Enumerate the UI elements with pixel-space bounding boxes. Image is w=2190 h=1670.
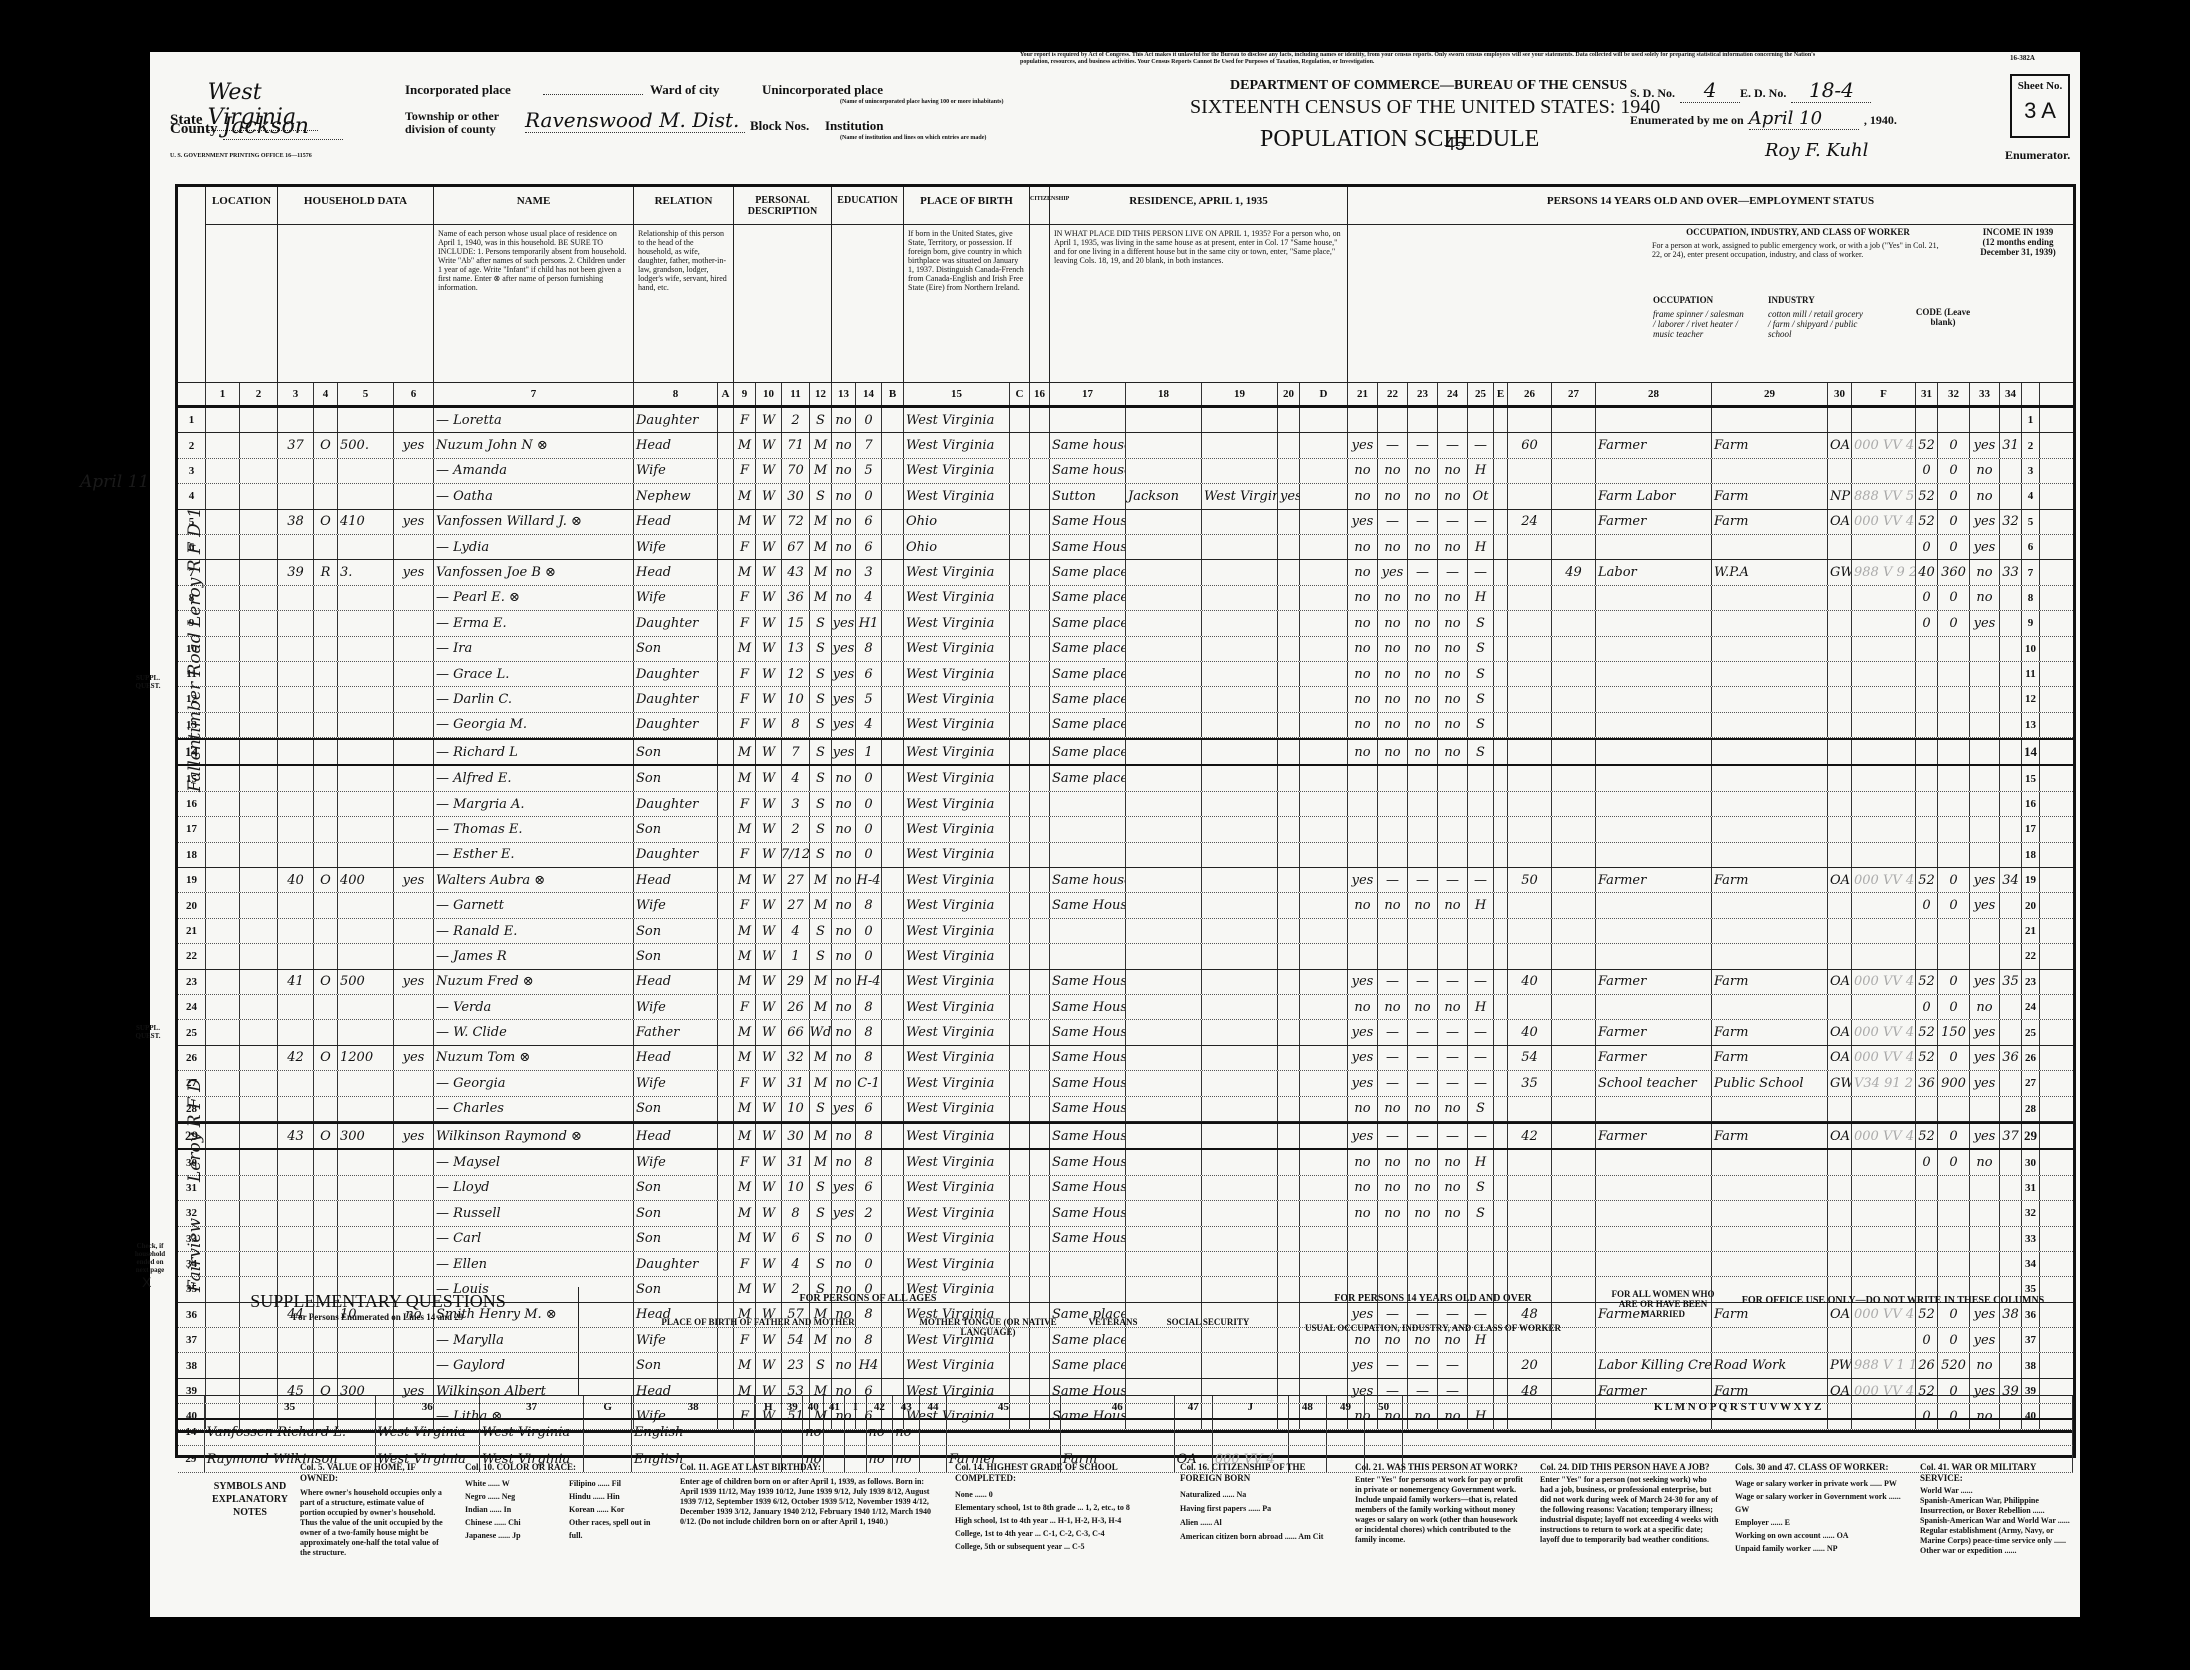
cell-class [1828,792,1852,816]
cell-value [338,740,394,764]
cell-cit [1030,560,1050,584]
cell-age: 10 [782,1097,810,1121]
supp-column-number: 45 [947,1396,1061,1418]
cell-codeD [1300,484,1348,508]
cell-county [1126,662,1202,686]
cell-other-income [1970,1227,2000,1251]
cell-c25 [1468,408,1494,432]
cell-res [1050,843,1126,867]
column-number: 19 [1202,383,1278,405]
cell-codeC [1010,1097,1030,1121]
cell-class [1828,1097,1852,1121]
cell-weeks-seeking [1552,637,1596,661]
cell-occupation [1596,1227,1712,1251]
cell-grade: 7 [856,433,882,457]
column-number: 17 [1050,383,1126,405]
cell-weeks: 0 [1916,995,1938,1019]
cell-cit [1030,1227,1050,1251]
cell-codeB [882,817,904,841]
supp-cell-blank [845,1419,866,1445]
cell-other-income [1970,843,2000,867]
cell-wages: 0 [1938,970,1970,994]
cell-school: no [832,1020,856,1044]
cell-school: yes [832,662,856,686]
cell-c22: no [1378,713,1408,737]
cell-value: 500. [338,433,394,457]
cell-owned: O [314,433,338,457]
cell-age: 4 [782,919,810,943]
cell-street [206,1176,240,1200]
cell-codeC [1010,893,1030,917]
cell-codeD [1300,637,1348,661]
cell-codeB [882,586,904,610]
cell-farm: yes [394,433,434,457]
cell-industry [1712,944,1828,968]
cell-codeB [882,868,904,892]
cell-c21: no [1348,740,1378,764]
table-row: 11— Grace L.DaughterFW12Syes6West Virgin… [178,662,2073,687]
cell-value [338,535,394,559]
cell-farm [394,535,434,559]
cell-grade: 8 [856,637,882,661]
cell-c24 [1438,843,1468,867]
cell-c23: no [1408,713,1438,737]
cell-relation: Son [634,919,718,943]
cell-c22: no [1378,1201,1408,1225]
cell-class [1828,1252,1852,1276]
suppl-quest-marker-29: SUPPL. QUEST. [130,1024,166,1040]
cell-race: W [756,510,782,534]
check-mark: X [142,1274,151,1290]
cell-c25: — [1468,1124,1494,1148]
cell-farm-res [1278,970,1300,994]
all-ages-header: FOR PERSONS OF ALL AGES [578,1293,1158,1304]
cell-wages: 0 [1938,868,1970,892]
table-row: 8— Pearl E. ⊗WifeFW36Mno4West VirginiaSa… [178,586,2073,611]
cell-codeB [882,484,904,508]
cell-weeks: 0 [1916,535,1938,559]
cell-school: no [832,766,856,790]
cell-weeks: 0 [1916,1150,1938,1174]
cell-codeE [1494,1124,1508,1148]
note-item: Spanish-American War and World War .....… [1920,1516,2070,1526]
cell-dwelling [278,995,314,1019]
cell-school: no [832,1046,856,1070]
cell-wages [1938,766,1970,790]
cell-birthplace: West Virginia [904,586,1010,610]
cell-res [1050,919,1126,943]
cell-age: 27 [782,868,810,892]
cell-relation: Daughter [634,843,718,867]
cell-grade: 6 [856,510,882,534]
cell-hours: 50 [1508,868,1552,892]
cell-name: — Alfred E. [434,766,634,790]
cell-age: 70 [782,459,810,483]
cell-farm-sched [2000,1176,2022,1200]
column-number: 23 [1408,383,1438,405]
location-header: LOCATION [206,187,278,405]
cell-c21: no [1348,637,1378,661]
cell-line2: 23 [2022,970,2040,994]
cell-street [206,995,240,1019]
cell-codeC [1010,433,1030,457]
cell-wages [1938,843,1970,867]
cell-industry [1712,611,1828,635]
cell-c23: no [1408,995,1438,1019]
cell-c22 [1378,817,1408,841]
cell-owned [314,1201,338,1225]
cell-marital: M [810,868,832,892]
cell-weeks-seeking: 49 [1552,560,1596,584]
cell-dwelling [278,408,314,432]
office-use-header: FOR OFFICE USE ONLY—DO NOT WRITE IN THES… [1723,1295,2063,1306]
cell-weeks-seeking [1552,919,1596,943]
township-value: Ravenswood M. Dist. [525,108,745,133]
cell-marital: M [810,433,832,457]
cell-hours: 40 [1508,970,1552,994]
cell-name: — Erma E. [434,611,634,635]
supp-cell-class [1175,1419,1213,1445]
cell-c23: no [1408,1150,1438,1174]
table-row: 3— AmandaWifeFW70Mno5West VirginiaSame h… [178,459,2073,484]
cell-street [206,944,240,968]
cell-codeE [1494,662,1508,686]
cell-name: — Carl [434,1227,634,1251]
cell-c21 [1348,1227,1378,1251]
cell-hours [1508,1252,1552,1276]
cell-codeB [882,433,904,457]
column-number: 29 [1712,383,1828,405]
cell-marital: S [810,1201,832,1225]
form-number: 16-382A [2010,54,2035,62]
supp-cell-blank [782,1419,803,1445]
cell-c24: no [1438,611,1468,635]
cell-codeB [882,611,904,635]
cell-code: 000 VV 4 [1852,1046,1916,1070]
cell-school: no [832,459,856,483]
cell-wages: 0 [1938,995,1970,1019]
cell-c25: Ot [1468,484,1494,508]
cell-cit [1030,713,1050,737]
cell-code [1852,408,1916,432]
cell-street [206,1252,240,1276]
cell-c24: no [1438,459,1468,483]
cell-codeB [882,1227,904,1251]
cell-codeC [1010,1071,1030,1095]
cell-school: no [832,817,856,841]
cell-dwelling: 39 [278,560,314,584]
unincorporated-label: Unincorporated place [762,82,883,98]
cell-grade: C-1 [856,1071,882,1095]
cell-value [338,1071,394,1095]
supp-cell-blank [1403,1419,2073,1445]
cell-line: 24 [178,995,206,1019]
cell-cit [1030,919,1050,943]
cell-codeC [1010,637,1030,661]
cell-codeB [882,944,904,968]
cell-c25: S [1468,740,1494,764]
cell-codeD [1300,843,1348,867]
cell-industry: Farm [1712,970,1828,994]
cell-c21: no [1348,1201,1378,1225]
cell-c23 [1408,1227,1438,1251]
cell-sex: F [734,843,756,867]
cell-c23: no [1408,1176,1438,1200]
supp-column-number: G [584,1396,632,1418]
cell-codeD [1300,535,1348,559]
table-row: 9— Erma E.DaughterFW15SyesH1West Virgini… [178,611,2073,636]
cell-code [1852,843,1916,867]
cell-farm-res [1278,510,1300,534]
cell-codeC [1010,766,1030,790]
cell-value [338,1097,394,1121]
cell-industry [1712,1201,1828,1225]
cell-relation: Son [634,817,718,841]
cell-cit [1030,1020,1050,1044]
explanatory-notes: SYMBOLS AND EXPLANATORY NOTES Col. 5. VA… [210,1462,2070,1582]
cell-hours [1508,586,1552,610]
cell-house [240,1097,278,1121]
cell-c22: no [1378,740,1408,764]
column-number: A [718,383,734,405]
supplementary-subtitle: For Persons Enumerated on Lines 14 and 2… [178,1312,578,1322]
cell-code [1852,944,1916,968]
cell-weeks-seeking [1552,662,1596,686]
cell-weeks: 52 [1916,1124,1938,1148]
supp-column-number: 46 [1061,1396,1175,1418]
cell-sex: F [734,792,756,816]
cell-weeks [1916,637,1938,661]
cell-hours [1508,766,1552,790]
cell-codeA [718,868,734,892]
cell-industry: Farm [1712,1124,1828,1148]
cell-class [1828,408,1852,432]
cell-weeks [1916,843,1938,867]
cell-industry: Farm [1712,484,1828,508]
cell-street [206,611,240,635]
note-col21: Col. 21. WAS THIS PERSON AT WORK? Enter … [1355,1462,1525,1545]
cell-farm [394,893,434,917]
cell-dwelling [278,766,314,790]
cell-res: Same place [1050,766,1126,790]
cell-occupation [1596,1176,1712,1200]
cell-birthplace: West Virginia [904,611,1010,635]
cell-sex: M [734,868,756,892]
cell-street [206,1201,240,1225]
cell-weeks [1916,662,1938,686]
cell-school: no [832,586,856,610]
supp-column-number: 39 [782,1396,803,1418]
cell-relation: Daughter [634,662,718,686]
cell-value [338,1252,394,1276]
cell-c21 [1348,792,1378,816]
cell-code [1852,662,1916,686]
cell-street [206,868,240,892]
cell-farm-res [1278,766,1300,790]
cell-owned [314,1071,338,1095]
cell-dwelling [278,535,314,559]
cell-cit [1030,766,1050,790]
cell-age: 3 [782,792,810,816]
cell-wages [1938,740,1970,764]
column-number: 21 [1348,383,1378,405]
cell-c25 [1468,1227,1494,1251]
cell-owned [314,1150,338,1174]
cell-farm-sched [2000,919,2022,943]
cell-industry [1712,1227,1828,1251]
cell-industry [1712,535,1828,559]
cell-street [206,662,240,686]
cell-owned [314,944,338,968]
cell-farm-res [1278,740,1300,764]
cell-industry [1712,662,1828,686]
cell-marital: M [810,995,832,1019]
note-item: Other races, spell out in full. [569,1516,665,1542]
birthplace-header: PLACE OF BIRTHIf born in the United Stat… [904,187,1030,405]
cell-grade: 6 [856,535,882,559]
cell-c25: H [1468,535,1494,559]
cell-grade: 0 [856,1227,882,1251]
cell-codeC [1010,817,1030,841]
cell-c25: S [1468,713,1494,737]
cell-c24: — [1438,970,1468,994]
cell-birthplace: West Virginia [904,817,1010,841]
cell-wages [1938,408,1970,432]
cell-c23: no [1408,611,1438,635]
cell-industry [1712,893,1828,917]
cell-c21 [1348,919,1378,943]
cell-res: Same House [1050,1227,1126,1251]
cell-codeE [1494,1097,1508,1121]
cell-dwelling: 42 [278,1046,314,1070]
cell-state [1202,893,1278,917]
cell-weeks: 0 [1916,611,1938,635]
cell-c21: yes [1348,868,1378,892]
cell-sex: M [734,1020,756,1044]
cell-codeB [882,843,904,867]
cell-weeks-seeking [1552,484,1596,508]
cell-race: W [756,740,782,764]
cell-line: 17 [178,817,206,841]
cell-hours: 24 [1508,510,1552,534]
cell-weeks-seeking [1552,1071,1596,1095]
cell-other-income: yes [1970,868,2000,892]
date-margin-note: April 11 [80,472,149,492]
cell-other-income [1970,740,2000,764]
cell-weeks: 52 [1916,1020,1938,1044]
cell-state [1202,535,1278,559]
cell-value [338,843,394,867]
cell-weeks-seeking [1552,1046,1596,1070]
cell-farm-res: yes [1278,484,1300,508]
cell-line2: 31 [2022,1176,2040,1200]
cell-street [206,1071,240,1095]
cell-c22: — [1378,970,1408,994]
cell-codeA [718,919,734,943]
cell-weeks: 0 [1916,586,1938,610]
cell-line2: 10 [2022,637,2040,661]
cell-res: Same House [1050,535,1126,559]
cell-other-income: yes [1970,535,2000,559]
cell-c22: no [1378,662,1408,686]
cell-c25 [1468,843,1494,867]
column-number: 3 [278,383,314,405]
cell-name: — Darlin C. [434,687,634,711]
cell-farm-res [1278,1227,1300,1251]
cell-farm-res [1278,1020,1300,1044]
cell-sex: M [734,510,756,534]
block-label: Block Nos. [750,118,809,134]
cell-codeE [1494,1046,1508,1070]
cell-age: 71 [782,433,810,457]
cell-other-income: yes [1970,1124,2000,1148]
cell-c22: no [1378,1176,1408,1200]
cell-farm-res [1278,1252,1300,1276]
cell-code: 000 VV 4 [1852,1020,1916,1044]
cell-other-income [1970,1201,2000,1225]
cell-marital: S [810,662,832,686]
line-no-header [178,187,206,405]
cell-wages: 0 [1938,586,1970,610]
table-row: 4— OathaNephewMW30Sno0West VirginiaSutto… [178,484,2073,509]
cell-codeB [882,1020,904,1044]
cell-occupation [1596,535,1712,559]
cell-weeks-seeking [1552,687,1596,711]
cell-farm-sched: 37 [2000,1124,2022,1148]
cell-grade: 6 [856,1097,882,1121]
cell-county [1126,586,1202,610]
cell-codeE [1494,637,1508,661]
cell-age: 2 [782,408,810,432]
cell-codeE [1494,586,1508,610]
cell-codeA [718,510,734,534]
cell-street [206,560,240,584]
cell-age: 43 [782,560,810,584]
cell-c23: — [1408,970,1438,994]
cell-dwelling [278,687,314,711]
cell-codeD [1300,1227,1348,1251]
cell-grade: 6 [856,662,882,686]
township-label: Township or other division of county [405,110,515,136]
cell-other-income: no [1970,586,2000,610]
supp-cell-usual_ind [1061,1419,1175,1445]
cell-codeE [1494,995,1508,1019]
cell-codeD [1300,919,1348,943]
table-row: 21— Ranald E.SonMW4Sno0West Virginia21 [178,919,2073,944]
cell-race: W [756,1227,782,1251]
cell-line: 20 [178,893,206,917]
cell-class: OA [1828,510,1852,534]
employment-header: PERSONS 14 YEARS OLD AND OVER—EMPLOYMENT… [1348,187,2073,405]
supp-cell-blank [1327,1419,1365,1445]
cell-res: Sutton [1050,484,1126,508]
cell-codeB [882,713,904,737]
cell-farm-res [1278,1176,1300,1200]
cell-occupation [1596,843,1712,867]
cell-marital: S [810,637,832,661]
supp-column-number [178,1396,205,1418]
cell-street [206,970,240,994]
cell-c22: no [1378,611,1408,635]
supp-column-number: 36 [376,1396,480,1418]
cell-codeE [1494,740,1508,764]
supp-cell-blank [584,1419,632,1445]
supp-cell-blank [824,1419,845,1445]
cell-class: OA [1828,1046,1852,1070]
cell-wages: 0 [1938,535,1970,559]
cell-owned [314,1227,338,1251]
table-row: 25— W. ClideFatherMW66Wdno8West Virginia… [178,1020,2073,1045]
